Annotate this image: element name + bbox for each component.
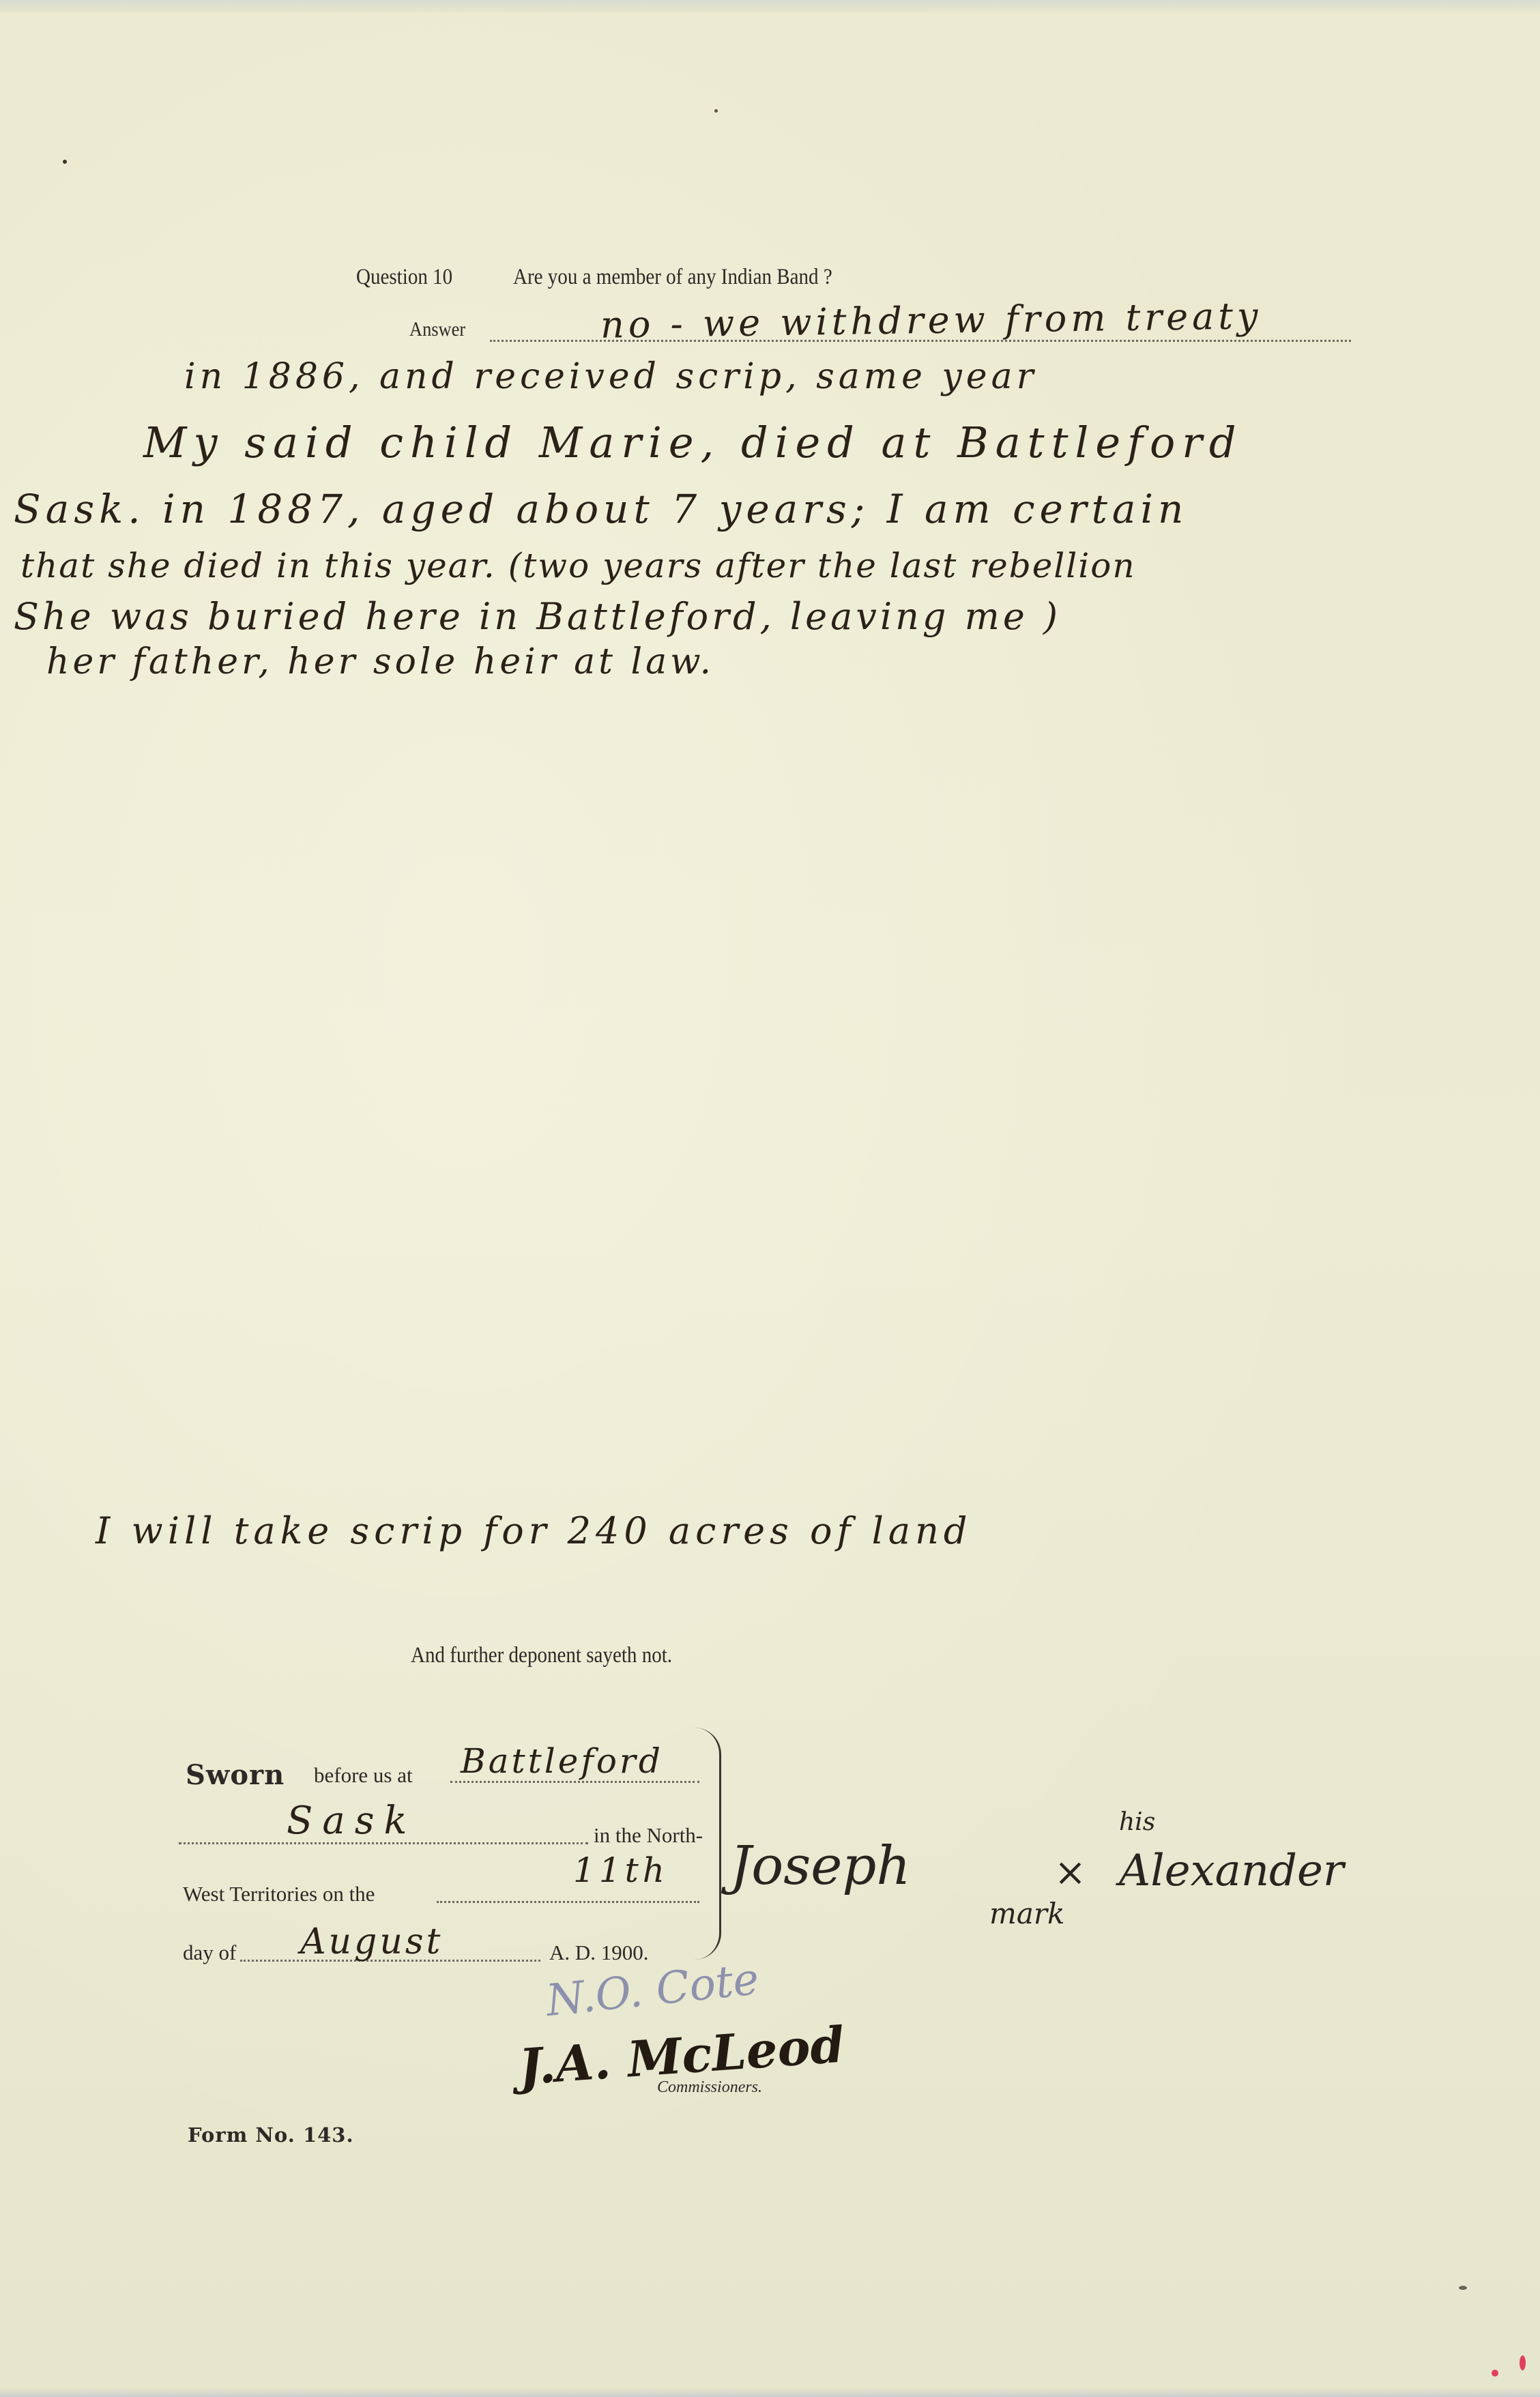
statement-line-3: that she died in this year. (two years a… bbox=[20, 546, 1136, 585]
statement-line-5: her father, her sole heir at law. bbox=[46, 641, 714, 682]
paper-speck bbox=[714, 109, 718, 113]
page-bottom-edge bbox=[0, 2389, 1540, 2397]
year: A. D. 1900. bbox=[549, 1941, 649, 1965]
form-number: Form No. 143. bbox=[188, 2123, 354, 2147]
before-us-at: before us at bbox=[314, 1763, 413, 1788]
deponent-first-name: Joseph bbox=[730, 1835, 911, 1897]
deponent-mark-symbol: × bbox=[1054, 1850, 1086, 1895]
answer-label: Answer bbox=[409, 318, 465, 341]
paper-speck bbox=[63, 160, 67, 164]
month-handwritten: August bbox=[300, 1921, 443, 1962]
sworn-heading: Sworn bbox=[186, 1759, 285, 1791]
statement-line-1: My said child Marie, died at Battleford bbox=[143, 418, 1243, 467]
red-mark bbox=[1520, 2355, 1526, 2370]
day-handwritten: 11th bbox=[573, 1850, 669, 1890]
west-territories: West Territories on the bbox=[183, 1882, 375, 1906]
question-text: Are you a member of any Indian Band ? bbox=[513, 265, 832, 290]
place-handwritten: Battleford bbox=[461, 1741, 663, 1781]
region-handwritten: Sask bbox=[287, 1799, 416, 1843]
statement-line-4: She was buried here in Battleford, leavi… bbox=[14, 595, 1061, 638]
deponent-last-name: Alexander bbox=[1119, 1846, 1343, 1896]
place-dotted-line bbox=[450, 1781, 699, 1783]
closing-line: And further deponent sayeth not. bbox=[411, 1643, 672, 1668]
in-the-north: in the North- bbox=[594, 1823, 703, 1848]
page-top-edge bbox=[0, 0, 1540, 12]
day-dotted-line bbox=[437, 1901, 699, 1903]
question-label: Question 10 bbox=[356, 265, 452, 290]
jurat-brace bbox=[695, 1728, 721, 1960]
deponent-mark-label: mark bbox=[989, 1897, 1064, 1930]
scrip-choice: I will take scrip for 240 acres of land bbox=[96, 1509, 972, 1552]
paper-speck bbox=[1459, 2286, 1467, 2290]
day-of: day of bbox=[183, 1941, 236, 1965]
answer-line-2: in 1886, and received scrip, same year bbox=[184, 356, 1037, 397]
commissioners-label: Commissioners. bbox=[657, 2078, 762, 2097]
red-mark bbox=[1492, 2370, 1498, 2377]
statement-line-2: Sask. in 1887, aged about 7 years; I am … bbox=[14, 486, 1188, 532]
deponent-his: his bbox=[1119, 1808, 1155, 1836]
